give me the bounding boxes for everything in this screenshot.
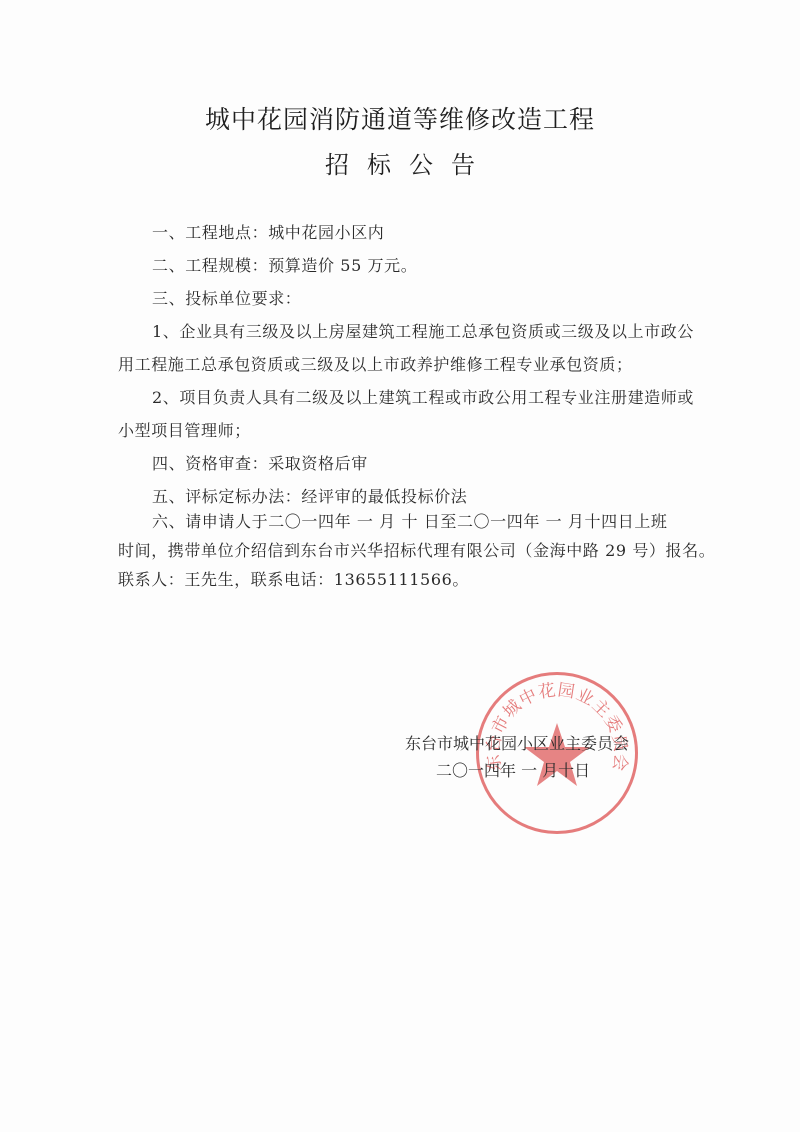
item-registration: 六、请申请人于二〇一四年 一 月 十 日至二〇一四年 一 月十四日上班 xyxy=(152,509,668,532)
item-scale: 二、工程规模：预算造价 55 万元。 xyxy=(152,253,417,276)
signature-date: 二〇一四年 一 月十日 xyxy=(436,758,590,781)
document-page: 城中花园消防通道等维修改造工程 招标公告 一、工程地点：城中花园小区内 二、工程… xyxy=(0,0,800,1132)
item-requirement-2: 2、项目负责人具有二级及以上建筑工程或市政公用工程专业注册建造师或 xyxy=(152,385,694,408)
item-qualification-review: 四、资格审查：采取资格后审 xyxy=(152,451,368,474)
item-contact: 联系人：王先生，联系电话：13655111566。 xyxy=(118,567,469,590)
item-requirement-1-cont: 用工程施工总承包资质或三级及以上市政养护维修工程专业承包资质； xyxy=(118,352,633,375)
item-requirements-heading: 三、投标单位要求： xyxy=(152,286,301,309)
document-subtitle: 招标公告 xyxy=(0,145,800,180)
item-requirement-1: 1、企业具有三级及以上房屋建筑工程施工总承包资质或三级及以上市政公 xyxy=(152,319,694,342)
item-requirement-2-cont: 小型项目管理师； xyxy=(118,418,251,441)
item-evaluation-method: 五、评标定标办法：经评审的最低投标价法 xyxy=(152,484,467,507)
signature-organization: 东台市城中花园小区业主委员会 xyxy=(405,731,629,754)
item-registration-cont: 时间，携带单位介绍信到东台市兴华招标代理有限公司（金海中路 29 号）报名。 xyxy=(118,538,715,561)
item-location: 一、工程地点：城中花园小区内 xyxy=(152,220,384,243)
document-title: 城中花园消防通道等维修改造工程 xyxy=(0,100,800,136)
